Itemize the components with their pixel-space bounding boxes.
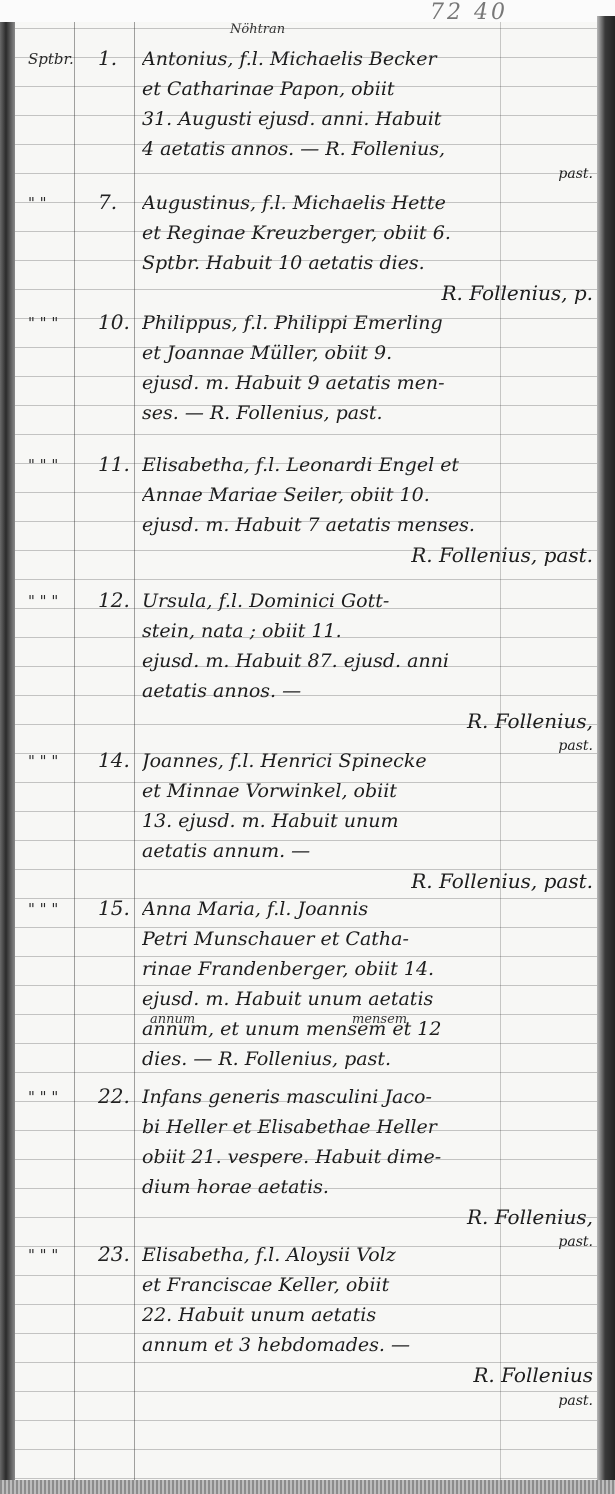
entry-month: " " "	[28, 592, 76, 610]
entry-text: Infans generis masculini Jaco- bi Heller…	[142, 1082, 597, 1249]
entry-month: " " "	[28, 900, 76, 918]
entry-text: Philippus, f.l. Philippi Emerling et Joa…	[142, 308, 597, 428]
entry-text: Augustinus, f.l. Michaelis Hette et Regi…	[142, 188, 597, 308]
entry-line: et Joannae Müller, obiit 9.	[142, 338, 597, 368]
signature: R. Follenius, p.	[142, 278, 597, 308]
entry-line: ejusd. m. Habuit 9 aetatis men-	[142, 368, 597, 398]
entry-line: Ursula, f.l. Dominici Gott-	[142, 586, 597, 616]
page-number: 72 40	[430, 0, 508, 25]
column-rule-day	[134, 22, 135, 1480]
entry-line: et Franciscae Keller, obiit	[142, 1270, 597, 1300]
entry-line: ses. — R. Follenius, past.	[142, 398, 597, 428]
interlinear-note: Nöhtran	[230, 22, 285, 37]
signature: R. Follenius, past.	[142, 866, 597, 896]
entry-line: et Reginae Kreuzberger, obiit 6.	[142, 218, 597, 248]
entry-month: Sptbr.	[28, 50, 76, 68]
entry-day: 7.	[98, 190, 134, 214]
entry-line: 22. Habuit unum aetatis	[142, 1300, 597, 1330]
entry-month: " "	[28, 194, 76, 212]
entry-line: et Catharinae Papon, obiit	[142, 74, 597, 104]
register-page: 72 40 Nöhtran Sptbr. 1. Antonius, f.l. M…	[0, 0, 615, 1494]
signature: R. Follenius,	[142, 1202, 597, 1232]
entry-line: Augustinus, f.l. Michaelis Hette	[142, 188, 597, 218]
entry-day: 10.	[98, 310, 134, 334]
entry-line: Infans generis masculini Jaco-	[142, 1082, 597, 1112]
entry-line: et Minnae Vorwinkel, obiit	[142, 776, 597, 806]
entry-line: ejusd. m. Habuit 7 aetatis menses.	[142, 510, 597, 540]
signature: R. Follenius,	[142, 706, 597, 736]
entry-day: 14.	[98, 748, 134, 772]
entry-month: " " "	[28, 1088, 76, 1106]
entry-line: 31. Augusti ejusd. anni. Habuit	[142, 104, 597, 134]
signature-suffix: past.	[142, 164, 597, 181]
entry-line: Philippus, f.l. Philippi Emerling	[142, 308, 597, 338]
scan-bottom-edge	[0, 1480, 615, 1494]
entry-month: " " "	[28, 1246, 76, 1264]
signature: R. Follenius	[142, 1360, 597, 1390]
entry-line: ejusd. m. Habuit 87. ejusd. anni	[142, 646, 597, 676]
entry-line: 13. ejusd. m. Habuit unum	[142, 806, 597, 836]
scan-top-margin	[0, 0, 615, 22]
entry-line: aetatis annum. —	[142, 836, 597, 866]
entry-line: 4 aetatis annos. — R. Follenius,	[142, 134, 597, 164]
entry-month: " " "	[28, 456, 76, 474]
entry-line: obiit 21. vespere. Habuit dime-	[142, 1142, 597, 1172]
entry-day: 11.	[98, 452, 134, 476]
entry-line: rinae Frandenberger, obiit 14.	[142, 954, 597, 984]
entry-day: 1.	[98, 46, 134, 70]
entry-line: Annae Mariae Seiler, obiit 10.	[142, 480, 597, 510]
entry-line: Elisabetha, f.l. Leonardi Engel et	[142, 450, 597, 480]
entry-text: Joannes, f.l. Henrici Spinecke et Minnae…	[142, 746, 597, 896]
entry-text: Elisabetha, f.l. Aloysii Volz et Francis…	[142, 1240, 597, 1409]
entry-line: dium horae aetatis.	[142, 1172, 597, 1202]
entry-day: 12.	[98, 588, 134, 612]
entry-line: aetatis annos. —	[142, 676, 597, 706]
entry-line: Elisabetha, f.l. Aloysii Volz	[142, 1240, 597, 1270]
signature: R. Follenius, past.	[142, 540, 597, 570]
entry-line: Petri Munschauer et Catha-	[142, 924, 597, 954]
entry-line: Antonius, f.l. Michaelis Becker	[142, 44, 597, 74]
entry-line: Sptbr. Habuit 10 aetatis dies.	[142, 248, 597, 278]
entry-month: " " "	[28, 314, 76, 332]
entry-line: stein, nata ; obiit 11.	[142, 616, 597, 646]
entry-text: Elisabetha, f.l. Leonardi Engel et Annae…	[142, 450, 597, 570]
entry-day: 23.	[98, 1242, 134, 1266]
entry-line: annum et 3 hebdomades. —	[142, 1330, 597, 1360]
entry-line: Joannes, f.l. Henrici Spinecke	[142, 746, 597, 776]
entry-line: dies. — R. Follenius, past.	[142, 1044, 597, 1074]
entry-line: bi Heller et Elisabethae Heller	[142, 1112, 597, 1142]
signature-suffix: past.	[142, 1390, 597, 1409]
entry-month: " " "	[28, 752, 76, 770]
scan-left-border	[0, 22, 15, 1494]
entry-line: ejusd. m. Habuit unum aetatis	[142, 984, 597, 1014]
entry-text: Ursula, f.l. Dominici Gott- stein, nata …	[142, 586, 597, 753]
entry-day: 15.	[98, 896, 134, 920]
entry-line: Anna Maria, f.l. Joannis	[142, 894, 597, 924]
scan-right-border	[597, 16, 615, 1494]
entry-day: 22.	[98, 1084, 134, 1108]
entry-line: annum, et unum mensem et 12	[142, 1014, 597, 1044]
entry-text: Antonius, f.l. Michaelis Becker et Catha…	[142, 44, 597, 181]
entry-text: Anna Maria, f.l. Joannis Petri Munschaue…	[142, 894, 597, 1074]
